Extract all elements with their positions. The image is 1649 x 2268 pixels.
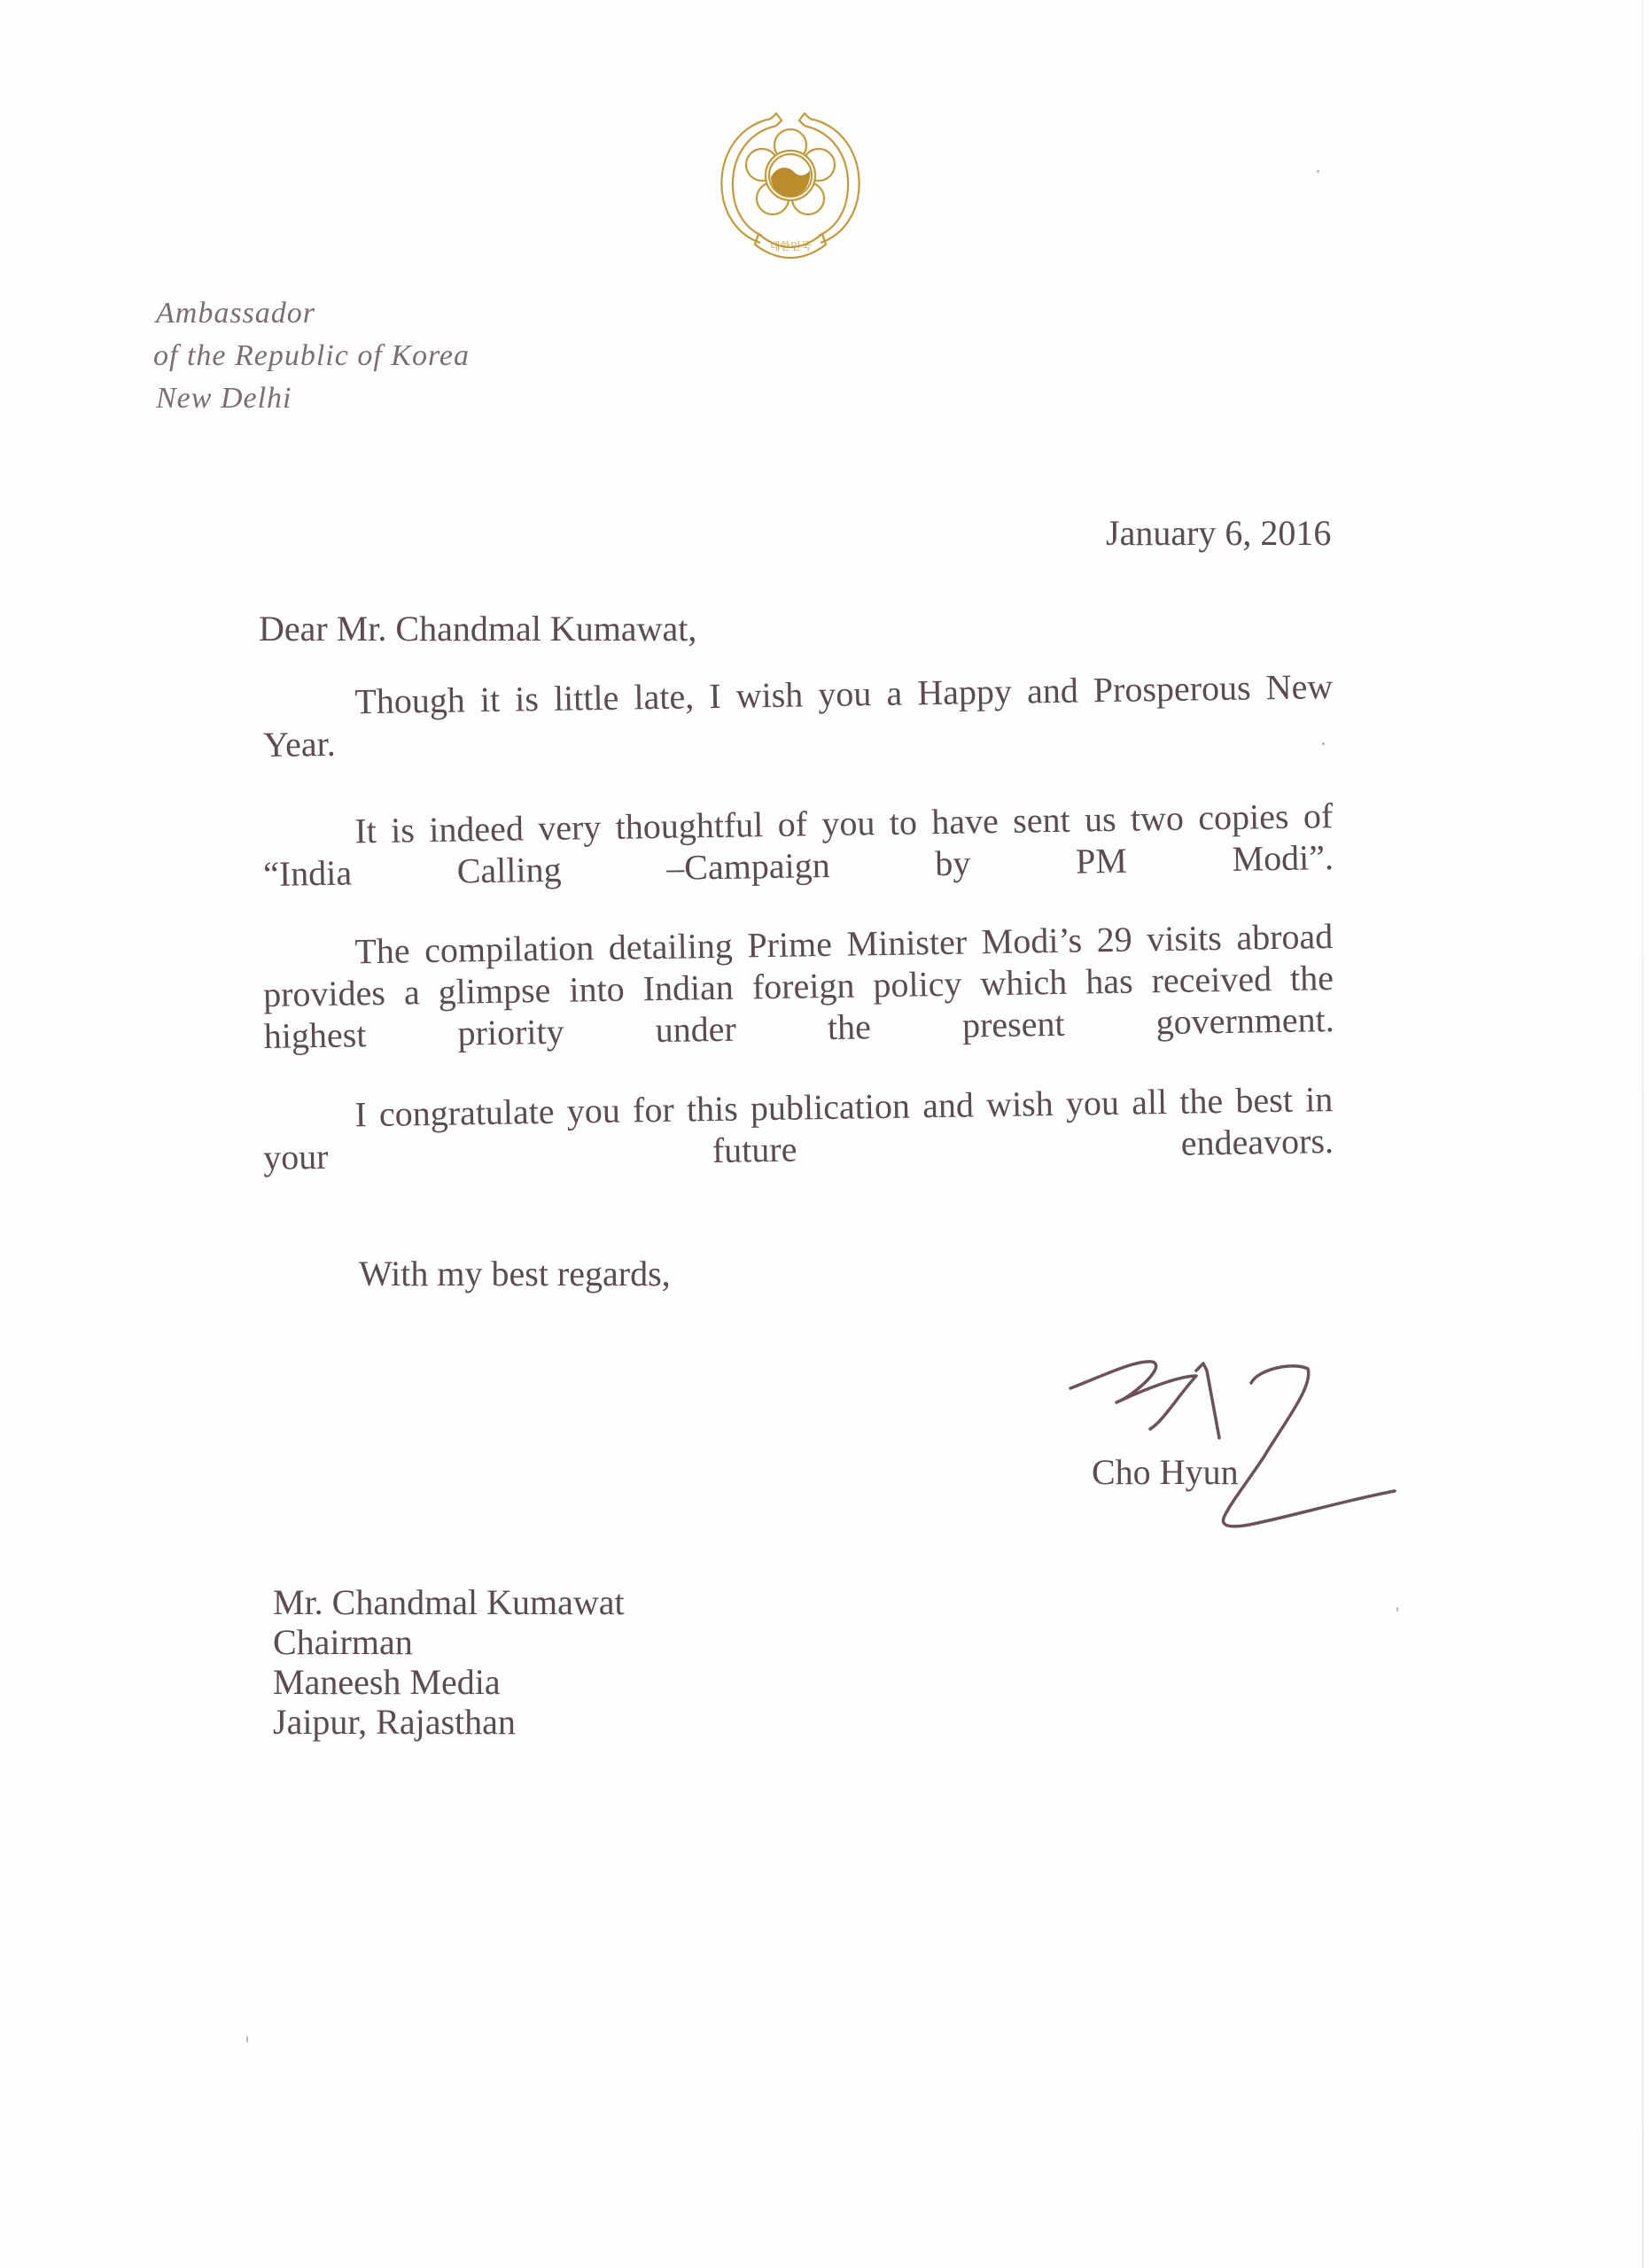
- recipient-name: Mr. Chandmal Kumawat: [273, 1582, 625, 1622]
- scan-speck: [1396, 1607, 1398, 1612]
- recipient-organization: Maneesh Media: [273, 1662, 625, 1702]
- scan-speck: [1322, 742, 1325, 745]
- signer-name: Cho Hyun: [1092, 1451, 1239, 1494]
- body-paragraph-3: The compilation detailing Prime Minister…: [262, 915, 1335, 1099]
- letterhead-title: Ambassador: [156, 292, 470, 335]
- letterhead-country: of the Republic of Korea: [153, 335, 470, 377]
- paragraph-text: It is indeed very thoughtful of you to h…: [262, 795, 1334, 936]
- handwritten-signature-icon: [1063, 1351, 1418, 1528]
- paragraph-text: The compilation detailing Prime Minister…: [262, 915, 1335, 1099]
- closing: With my best regards,: [359, 1253, 671, 1295]
- body-paragraph-1: Though it is little late, I wish you a H…: [262, 665, 1334, 807]
- korea-emblem-icon: 대한민국: [709, 99, 872, 259]
- letterhead-city: New Delhi: [156, 377, 470, 420]
- letterhead: Ambassador of the Republic of Korea New …: [156, 292, 470, 420]
- paragraph-text: I congratulate you for this publication …: [262, 1078, 1334, 1220]
- body-paragraph-4: I congratulate you for this publication …: [262, 1078, 1334, 1220]
- recipient-title: Chairman: [273, 1622, 625, 1662]
- svg-text:대한민국: 대한민국: [770, 239, 812, 252]
- recipient-address: Mr. Chandmal Kumawat Chairman Maneesh Me…: [273, 1582, 625, 1742]
- page-edge: [1642, 0, 1644, 2268]
- scan-speck: [1317, 170, 1319, 173]
- scan-speck: [246, 2036, 248, 2043]
- letter-date: January 6, 2016: [1106, 512, 1331, 555]
- salutation: Dear Mr. Chandmal Kumawat,: [259, 608, 696, 650]
- paragraph-text: Though it is little late, I wish you a H…: [262, 665, 1334, 807]
- body-paragraph-2: It is indeed very thoughtful of you to h…: [262, 795, 1334, 936]
- letter-page: 대한민국 Ambassador of the Republic of Korea…: [0, 0, 1649, 2268]
- recipient-location: Jaipur, Rajasthan: [273, 1702, 625, 1742]
